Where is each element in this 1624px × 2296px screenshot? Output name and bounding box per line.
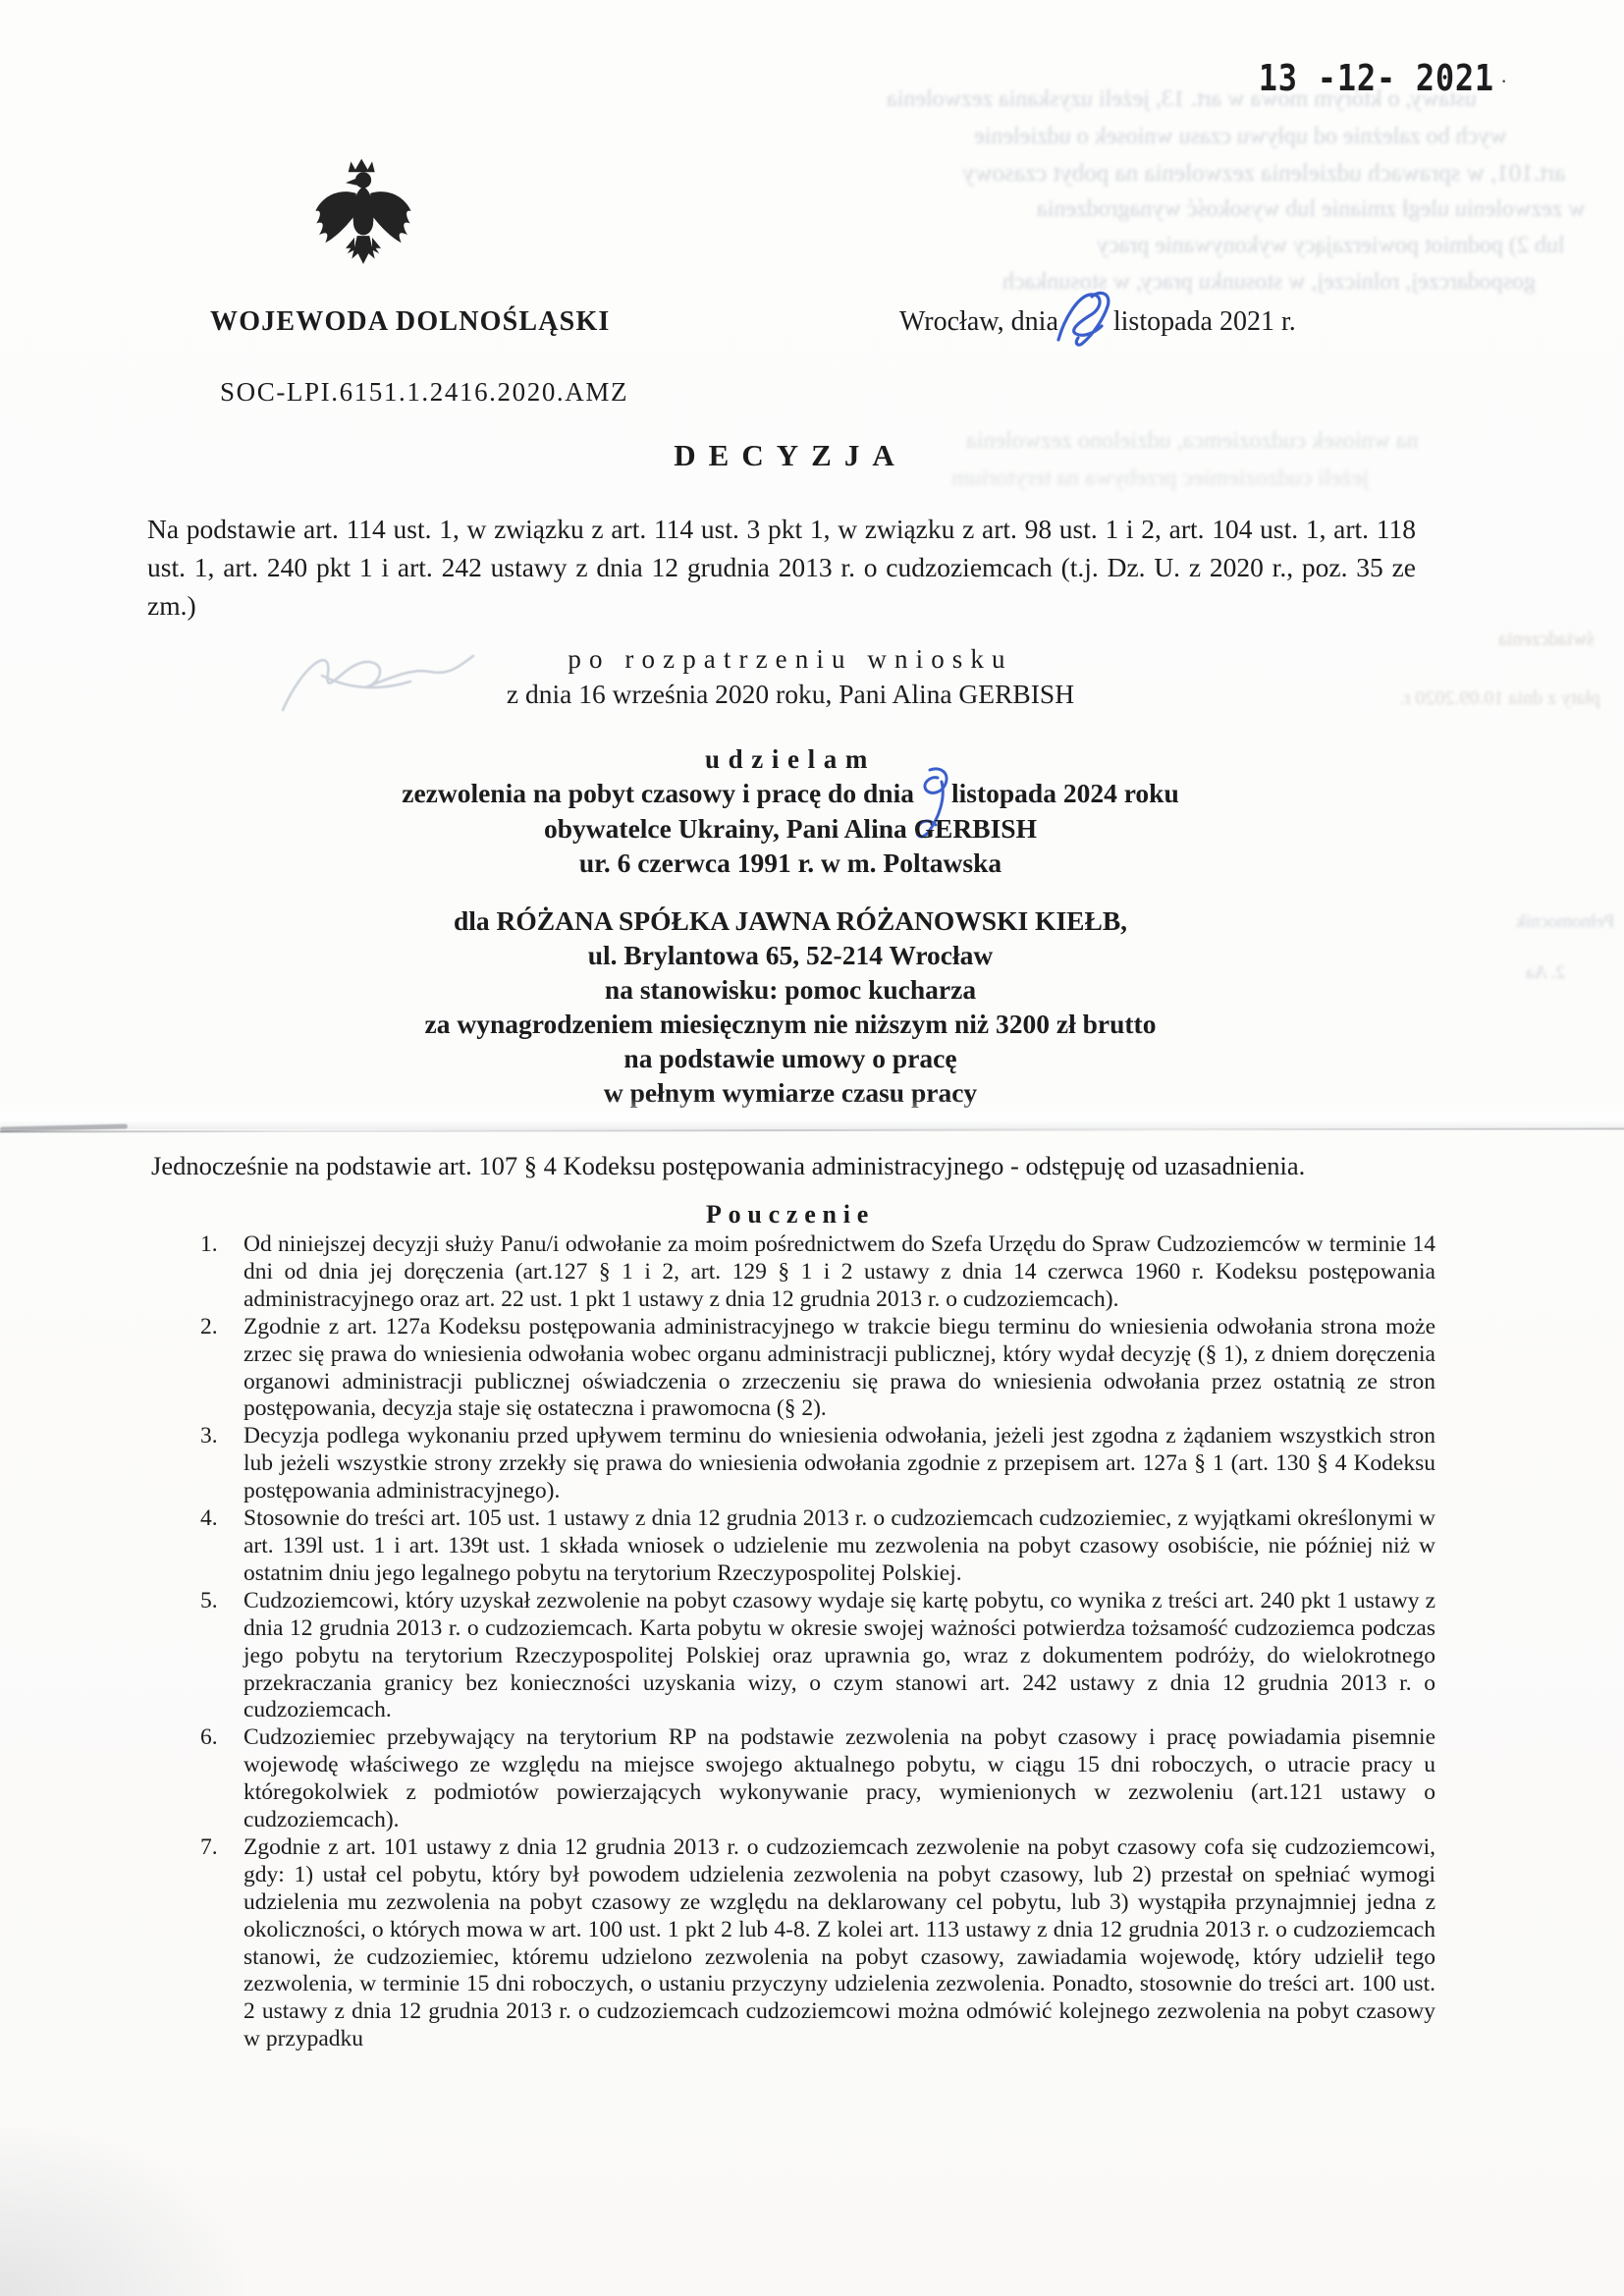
pouczenie-item: 6. Cudzoziemiec przebywający na terytori… bbox=[200, 1724, 1435, 1834]
consideration-line: po rozpatrzeniu wniosku bbox=[147, 644, 1434, 675]
place-date-prefix: Wrocław, dnia bbox=[899, 306, 1058, 338]
scanned-decision-document: ustawy, o którym mowa w art. 13, jeżeli … bbox=[0, 0, 1624, 2296]
bleedthrough-text: Pełnomocnik bbox=[1516, 911, 1614, 933]
item-number: 2. bbox=[200, 1314, 244, 1424]
pouczenie-item: 5. Cudzoziemcowi, który uzyskał zezwolen… bbox=[200, 1588, 1435, 1725]
item-text: Stosownie do treści art. 105 ust. 1 usta… bbox=[244, 1505, 1435, 1588]
bleedthrough-text: wych bo zależnie od upływu czasu wniosek… bbox=[974, 124, 1506, 150]
place-and-date-line: Wrocław, dnia listopada 2021 r. bbox=[899, 306, 1296, 355]
date-stamp: 13 -12- 2021 bbox=[1259, 57, 1495, 99]
pouczenie-list: 1. Od niniejszej decyzji służy Panu/i od… bbox=[200, 1231, 1435, 2053]
position-line: na stanowisku: pomoc kucharza bbox=[147, 974, 1434, 1006]
pouczenie-item: 1. Od niniejszej decyzji służy Panu/i od… bbox=[200, 1231, 1435, 1314]
bleedthrough-text: lub 2) podmiot powierzający wykonywanie … bbox=[1097, 233, 1565, 259]
item-number: 7. bbox=[200, 1834, 244, 2053]
item-number: 6. bbox=[200, 1724, 244, 1834]
case-number: SOC-LPI.6151.1.2416.2020.AMZ bbox=[220, 377, 628, 408]
item-number: 5. bbox=[200, 1588, 244, 1725]
grant-line-prefix: zezwolenia na pobyt czasowy i pracę do d… bbox=[402, 778, 914, 809]
grant-line-suffix: listopada 2024 roku bbox=[951, 778, 1179, 809]
item-number: 1. bbox=[200, 1231, 244, 1314]
employer-address-line: ul. Brylantowa 65, 52-214 Wrocław bbox=[147, 940, 1434, 971]
place-date-suffix: listopada 2021 r. bbox=[1113, 306, 1296, 338]
pouczenie-item: 2. Zgodnie z art. 127a Kodeksu postępowa… bbox=[200, 1314, 1435, 1424]
legal-basis-paragraph: Na podstawie art. 114 ust. 1, w związku … bbox=[147, 511, 1416, 625]
paper-crease bbox=[0, 1098, 1624, 1129]
item-number: 4. bbox=[200, 1505, 244, 1588]
salary-line: za wynagrodzeniem miesięcznym nie niższy… bbox=[147, 1009, 1434, 1040]
handwritten-day-ink bbox=[1053, 285, 1117, 355]
decision-title: DECYZJA bbox=[147, 438, 1434, 473]
item-text: Zgodnie z art. 101 ustawy z dnia 12 grud… bbox=[244, 1834, 1435, 2053]
employer-name-line: dla RÓŻANA SPÓŁKA JAWNA RÓŻANOWSKI KIEŁB… bbox=[147, 905, 1434, 937]
grant-verb: udzielam bbox=[147, 744, 1434, 775]
application-date-line: z dnia 16 września 2020 roku, Pani Alina… bbox=[147, 679, 1434, 710]
bleedthrough-text: świadczenia bbox=[1498, 629, 1595, 651]
item-text: Cudzoziemcowi, który uzyskał zezwolenie … bbox=[244, 1588, 1435, 1725]
item-text: Zgodnie z art. 127a Kodeksu postępowania… bbox=[244, 1314, 1435, 1424]
scan-shadow bbox=[0, 2119, 255, 2296]
birth-info-line: ur. 6 czerwca 1991 r. w m. Poltawska bbox=[147, 847, 1434, 879]
item-text: Od niniejszej decyzji służy Panu/i odwoł… bbox=[244, 1231, 1435, 1314]
stamp-mark: · bbox=[1500, 69, 1507, 94]
bleedthrough-text: 2. Aa bbox=[1526, 962, 1565, 984]
pouczenie-heading: Pouczenie bbox=[147, 1200, 1434, 1230]
pouczenie-item: 4. Stosownie do treści art. 105 ust. 1 u… bbox=[200, 1505, 1435, 1588]
item-number: 3. bbox=[200, 1423, 244, 1505]
contract-type-line: na podstawie umowy o pracę bbox=[147, 1043, 1434, 1074]
item-text: Decyzja podlega wykonaniu przed upływem … bbox=[244, 1423, 1435, 1505]
justification-waiver-line: Jednocześnie na podstawie art. 107 § 4 K… bbox=[151, 1151, 1428, 1181]
item-text: Cudzoziemiec przebywający na terytorium … bbox=[244, 1724, 1435, 1834]
authority-name: WOJEWODA DOLNOŚLĄSKI bbox=[210, 306, 611, 338]
polish-eagle-emblem-icon bbox=[310, 147, 416, 291]
bleedthrough-text: art.101, w sprawach udzielenia zezwoleni… bbox=[962, 160, 1565, 188]
pouczenie-item: 7. Zgodnie z art. 101 ustawy z dnia 12 g… bbox=[200, 1834, 1435, 2053]
bleedthrough-text: w zezwoleniu uległ zmianie lub wysokość … bbox=[1037, 196, 1586, 223]
pouczenie-item: 3. Decyzja podlega wykonaniu przed upływ… bbox=[200, 1423, 1435, 1505]
beneficiary-line: obywatelce Ukrainy, Pani Alina GERBISH bbox=[147, 813, 1434, 845]
